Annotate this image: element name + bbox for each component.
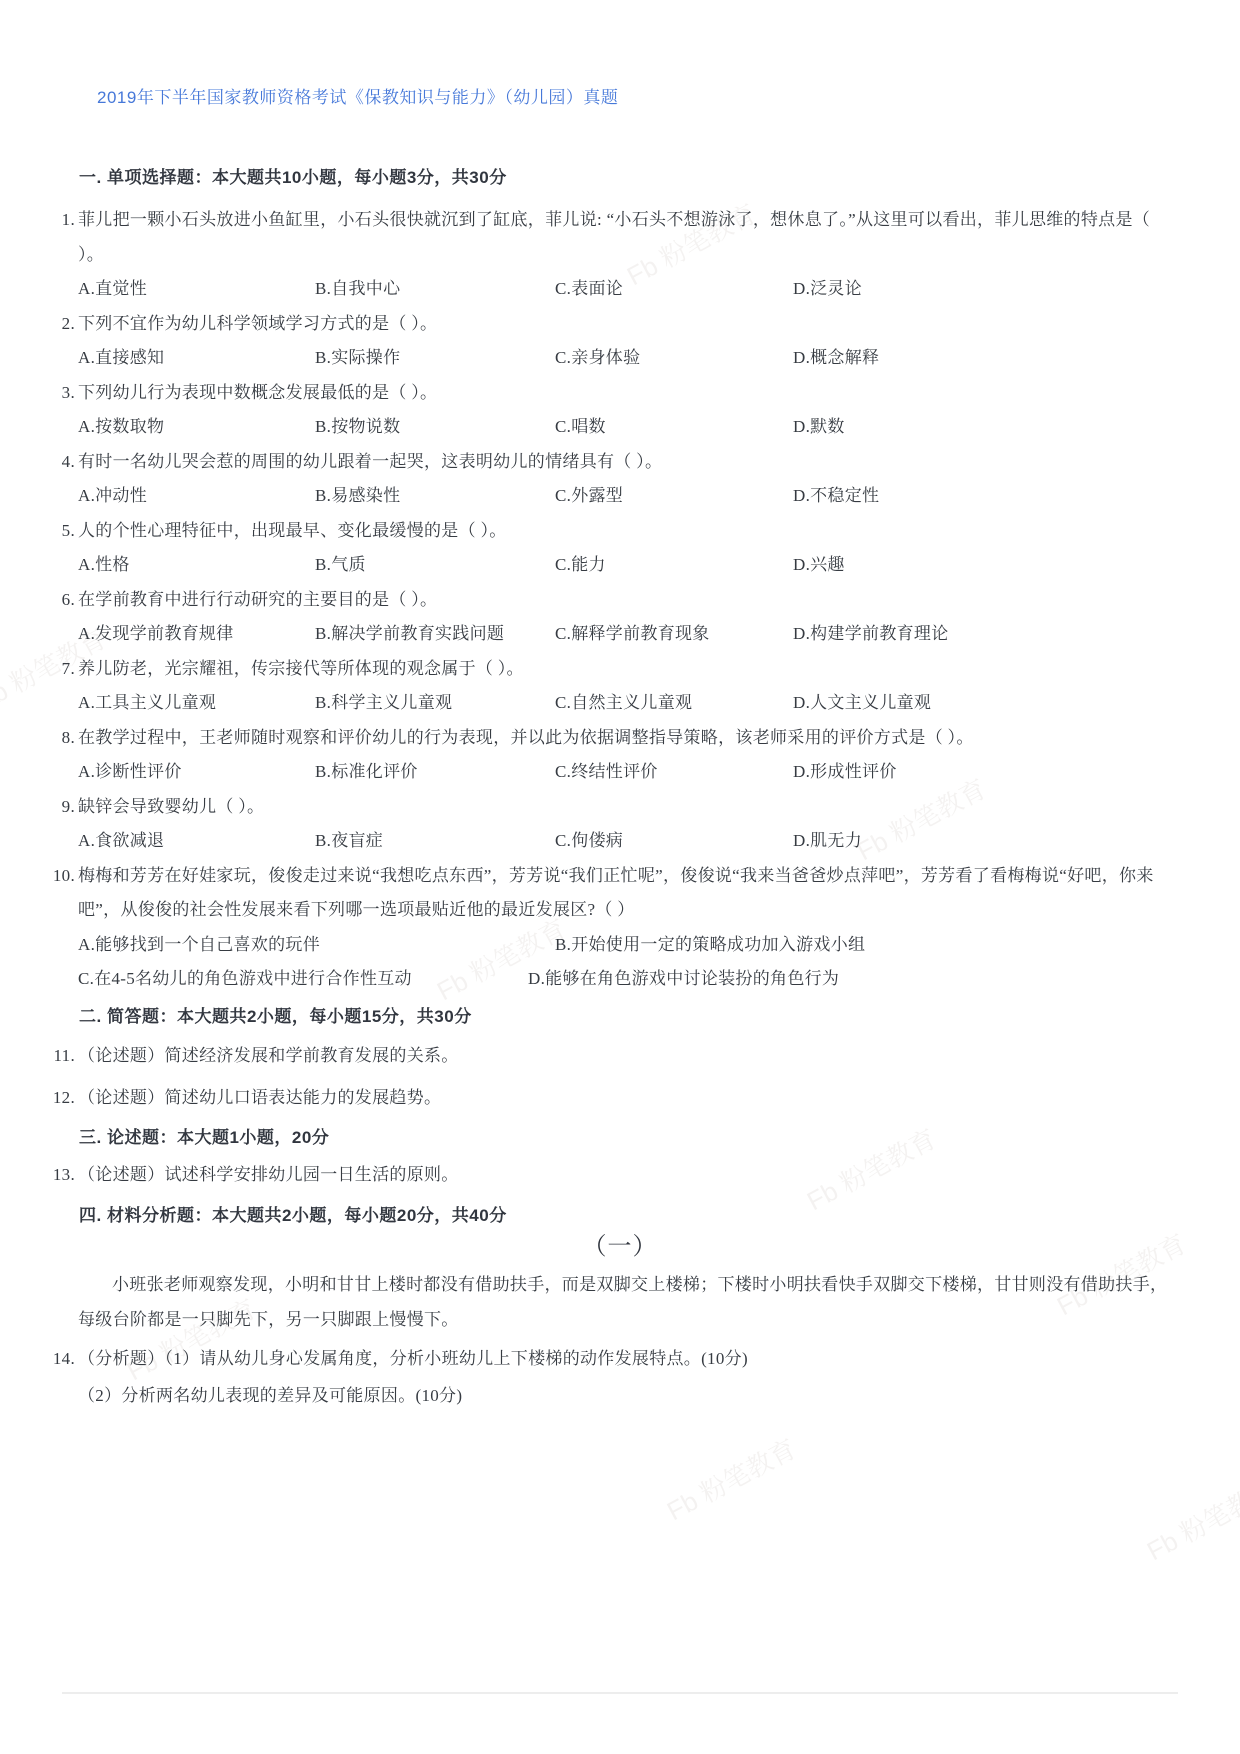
- section-3-heading: 三. 论述题：本大题1小题，20分: [79, 1126, 1178, 1150]
- question-9-options: A.食欲减退 B.夜盲症 C.佝偻病 D.肌无力: [78, 824, 1178, 859]
- question-4-number: 4.: [62, 445, 78, 480]
- question-9: 9. 缺锌会导致婴幼儿（ ）。 A.食欲减退 B.夜盲症 C.佝偻病 D.肌无力: [78, 790, 1178, 859]
- question-5-option-d: D.兴趣: [793, 548, 1178, 583]
- question-7-option-a: A.工具主义儿童观: [78, 686, 315, 721]
- question-7-number: 7.: [62, 652, 78, 687]
- question-7-options: A.工具主义儿童观 B.科学主义儿童观 C.自然主义儿童观 D.人文主义儿童观: [78, 686, 1178, 721]
- bottom-divider: [62, 1692, 1178, 1694]
- question-6-option-a: A.发现学前教育规律: [78, 617, 315, 652]
- section-1-heading: 一. 单项选择题：本大题共10小题，每小题3分，共30分: [79, 166, 1178, 190]
- question-2-number: 2.: [62, 307, 78, 342]
- question-1-option-b: B.自我中心: [315, 272, 555, 307]
- question-1: 1. 菲儿把一颗小石头放进小鱼缸里，小石头很快就沉到了缸底，菲儿说: “小石头不…: [78, 203, 1178, 307]
- question-2-option-b: B.实际操作: [315, 341, 555, 376]
- question-8-options: A.诊断性评价 B.标准化评价 C.终结性评价 D.形成性评价: [78, 755, 1178, 790]
- question-2-option-c: C.亲身体验: [555, 341, 793, 376]
- question-9-option-b: B.夜盲症: [315, 824, 555, 859]
- question-5-option-c: C.能力: [555, 548, 793, 583]
- section-4-heading: 四. 材料分析题：本大题共2小题，每小题20分，共40分: [79, 1204, 1178, 1228]
- question-2-option-d: D.概念解释: [793, 341, 1178, 376]
- question-5: 5. 人的个性心理特征中，出现最早、变化最缓慢的是（ ）。 A.性格 B.气质 …: [78, 514, 1178, 583]
- question-14: 14. （分析题）（1）请从幼儿身心发属角度，分析小班幼儿上下楼梯的动作发展特点…: [78, 1340, 1178, 1414]
- question-8-option-b: B.标准化评价: [315, 755, 555, 790]
- question-4-text: 有时一名幼儿哭会惹的周围的幼儿跟着一起哭，这表明幼儿的情绪具有（ ）。: [78, 445, 1178, 480]
- page-title: 2019年下半年国家教师资格考试《保教知识与能力》（幼儿园）真题: [97, 86, 1178, 110]
- question-5-options: A.性格 B.气质 C.能力 D.兴趣: [78, 548, 1178, 583]
- question-3-option-d: D.默数: [793, 410, 1178, 445]
- question-9-option-d: D.肌无力: [793, 824, 1178, 859]
- question-1-option-d: D.泛灵论: [793, 272, 1178, 307]
- question-6-option-b: B.解决学前教育实践问题: [315, 617, 555, 652]
- question-10-option-b: B.开始使用一定的策略成功加入游戏小组: [555, 928, 865, 963]
- question-11-number: 11.: [53, 1039, 78, 1074]
- question-10-option-d: D.能够在角色游戏中讨论装扮的角色行为: [528, 962, 839, 997]
- question-6-text: 在学前教育中进行行动研究的主要目的是（ ）。: [78, 583, 1178, 618]
- question-5-number: 5.: [62, 514, 78, 549]
- question-11-text: （论述题）简述经济发展和学前教育发展的关系。: [78, 1039, 1178, 1074]
- question-5-option-a: A.性格: [78, 548, 315, 583]
- question-3-option-b: B.按物说数: [315, 410, 555, 445]
- question-7: 7. 养儿防老，光宗耀祖，传宗接代等所体现的观念属于（ ）。 A.工具主义儿童观…: [78, 652, 1178, 721]
- question-13: 13. （论述题）试述科学安排幼儿园一日生活的原则。: [78, 1158, 1178, 1193]
- question-8-option-c: C.终结性评价: [555, 755, 793, 790]
- question-1-number: 1.: [62, 203, 78, 238]
- question-6: 6. 在学前教育中进行行动研究的主要目的是（ ）。 A.发现学前教育规律 B.解…: [78, 583, 1178, 652]
- question-10-option-a: A.能够找到一个自己喜欢的玩伴: [78, 928, 555, 963]
- question-1-options: A.直觉性 B.自我中心 C.表面论 D.泛灵论: [78, 272, 1178, 307]
- question-13-number: 13.: [53, 1158, 78, 1193]
- question-10-number: 10.: [53, 859, 78, 894]
- question-2-option-a: A.直接感知: [78, 341, 315, 376]
- question-7-option-c: C.自然主义儿童观: [555, 686, 793, 721]
- question-14-subquestion-1: （分析题）（1）请从幼儿身心发属角度，分析小班幼儿上下楼梯的动作发展特点。(10…: [78, 1340, 1178, 1377]
- question-7-option-d: D.人文主义儿童观: [793, 686, 1178, 721]
- question-9-option-c: C.佝偻病: [555, 824, 793, 859]
- question-10-option-c: C.在4-5名幼儿的角色游戏中进行合作性互动: [78, 962, 528, 997]
- question-12-text: （论述题）简述幼儿口语表达能力的发展趋势。: [78, 1081, 1178, 1116]
- question-8-text: 在教学过程中，王老师随时观察和评价幼儿的行为表现，并以此为依据调整指导策略，该老…: [78, 721, 1178, 756]
- question-6-option-d: D.构建学前教育理论: [793, 617, 1178, 652]
- question-5-option-b: B.气质: [315, 548, 555, 583]
- question-7-text: 养儿防老，光宗耀祖，传宗接代等所体现的观念属于（ ）。: [78, 652, 1178, 687]
- question-4-option-b: B.易感染性: [315, 479, 555, 514]
- material-part-label: （一）: [62, 1230, 1178, 1264]
- question-6-number: 6.: [62, 583, 78, 618]
- question-3: 3. 下列幼儿行为表现中数概念发展最低的是（ ）。 A.按数取物 B.按物说数 …: [78, 376, 1178, 445]
- question-3-option-c: C.唱数: [555, 410, 793, 445]
- question-3-number: 3.: [62, 376, 78, 411]
- question-2-options: A.直接感知 B.实际操作 C.亲身体验 D.概念解释: [78, 341, 1178, 376]
- question-9-option-a: A.食欲减退: [78, 824, 315, 859]
- question-3-options: A.按数取物 B.按物说数 C.唱数 D.默数: [78, 410, 1178, 445]
- watermark: Fb 粉笔教育: [660, 1429, 802, 1528]
- question-10-text: 梅梅和芳芳在好娃家玩，俊俊走过来说“我想吃点东西”，芳芳说“我们正忙呢”，俊俊说…: [78, 859, 1178, 928]
- question-4-option-c: C.外露型: [555, 479, 793, 514]
- question-4-options: A.冲动性 B.易感染性 C.外露型 D.不稳定性: [78, 479, 1178, 514]
- section-2-heading: 二. 简答题：本大题共2小题，每小题15分，共30分: [79, 1005, 1178, 1029]
- question-8-option-a: A.诊断性评价: [78, 755, 315, 790]
- question-6-option-c: C.解释学前教育现象: [555, 617, 793, 652]
- question-10-options-row-2: C.在4-5名幼儿的角色游戏中进行合作性互动 D.能够在角色游戏中讨论装扮的角色…: [78, 962, 1178, 997]
- question-9-text: 缺锌会导致婴幼儿（ ）。: [78, 790, 1178, 825]
- question-4-option-d: D.不稳定性: [793, 479, 1178, 514]
- question-4: 4. 有时一名幼儿哭会惹的周围的幼儿跟着一起哭，这表明幼儿的情绪具有（ ）。 A…: [78, 445, 1178, 514]
- question-4-option-a: A.冲动性: [78, 479, 315, 514]
- question-8-number: 8.: [62, 721, 78, 756]
- question-8-option-d: D.形成性评价: [793, 755, 1178, 790]
- question-14-number: 14.: [53, 1340, 78, 1377]
- material-paragraph: 小班张老师观察发现，小明和甘甘上楼时都没有借助扶手，而是双脚交上楼梯；下楼时小明…: [78, 1268, 1178, 1337]
- question-12: 12. （论述题）简述幼儿口语表达能力的发展趋势。: [78, 1081, 1178, 1116]
- question-8: 8. 在教学过程中，王老师随时观察和评价幼儿的行为表现，并以此为依据调整指导策略…: [78, 721, 1178, 790]
- question-10: 10. 梅梅和芳芳在好娃家玩，俊俊走过来说“我想吃点东西”，芳芳说“我们正忙呢”…: [78, 859, 1178, 997]
- question-3-option-a: A.按数取物: [78, 410, 315, 445]
- question-12-number: 12.: [53, 1081, 78, 1116]
- question-7-option-b: B.科学主义儿童观: [315, 686, 555, 721]
- question-1-option-a: A.直觉性: [78, 272, 315, 307]
- question-6-options: A.发现学前教育规律 B.解决学前教育实践问题 C.解释学前教育现象 D.构建学…: [78, 617, 1178, 652]
- exam-page: 2019年下半年国家教师资格考试《保教知识与能力》（幼儿园）真题 一. 单项选择…: [0, 86, 1240, 1414]
- single-choice-question-list: 1. 菲儿把一颗小石头放进小鱼缸里，小石头很快就沉到了缸底，菲儿说: “小石头不…: [62, 203, 1178, 997]
- question-5-text: 人的个性心理特征中，出现最早、变化最缓慢的是（ ）。: [78, 514, 1178, 549]
- question-13-text: （论述题）试述科学安排幼儿园一日生活的原则。: [78, 1158, 1178, 1193]
- question-1-text: 菲儿把一颗小石头放进小鱼缸里，小石头很快就沉到了缸底，菲儿说: “小石头不想游泳…: [78, 203, 1178, 272]
- question-14-subquestion-2: （2）分析两名幼儿表现的差异及可能原因。(10分): [78, 1377, 1178, 1414]
- watermark: Fb 粉笔教育: [1140, 1469, 1240, 1568]
- question-2-text: 下列不宜作为幼儿科学领域学习方式的是（ ）。: [78, 307, 1178, 342]
- question-1-option-c: C.表面论: [555, 272, 793, 307]
- question-2: 2. 下列不宜作为幼儿科学领域学习方式的是（ ）。 A.直接感知 B.实际操作 …: [78, 307, 1178, 376]
- question-9-number: 9.: [62, 790, 78, 825]
- question-10-options-row-1: A.能够找到一个自己喜欢的玩伴 B.开始使用一定的策略成功加入游戏小组: [78, 928, 1178, 963]
- question-3-text: 下列幼儿行为表现中数概念发展最低的是（ ）。: [78, 376, 1178, 411]
- question-11: 11. （论述题）简述经济发展和学前教育发展的关系。: [78, 1039, 1178, 1074]
